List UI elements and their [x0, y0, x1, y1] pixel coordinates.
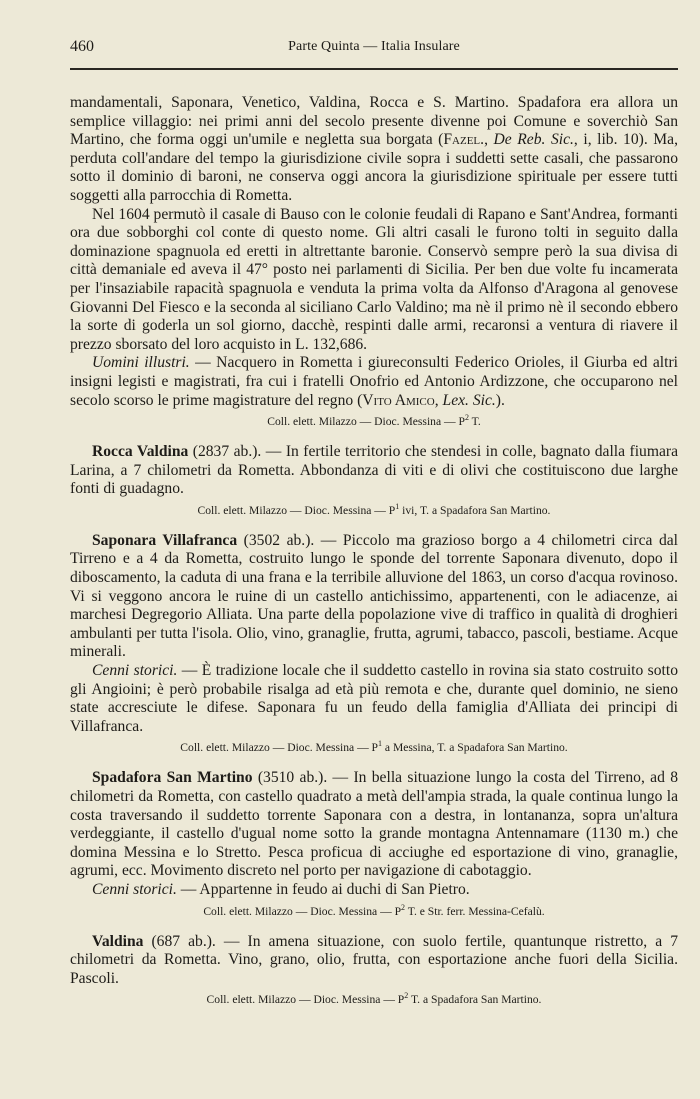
body-text: mandamentali, Saponara, Venetico, Valdin… — [70, 94, 678, 1007]
electoral-meta-line: Coll. elett. Milazzo — Dioc. Messina — P… — [70, 740, 678, 755]
entry-saponara-villafranca: Saponara Villafranca (3502 ab.). — Picco… — [70, 532, 678, 662]
paragraph-uomini-illustri: Uomini illustri. — Nacquero in Rometta i… — [70, 354, 678, 410]
electoral-meta-line: Coll. elett. Milazzo — Dioc. Messina — P… — [70, 904, 678, 919]
electoral-meta-line: Coll. elett. Milazzo — Dioc. Messina — P… — [70, 503, 678, 518]
citation-work: De Reb. Sic. — [494, 131, 574, 148]
text: Coll. elett. Milazzo — Dioc. Messina — P — [198, 504, 396, 517]
text: , — [484, 131, 493, 148]
text: — Appartenne in feudo ai duchi di San Pi… — [177, 881, 470, 898]
text: ). — [496, 392, 505, 409]
entry-spadafora-san-martino: Spadafora San Martino (3510 ab.). — In b… — [70, 769, 678, 881]
entry-name: Spadafora San Martino — [92, 769, 253, 786]
section-label: Cenni storici. — [92, 881, 177, 898]
text: Coll. elett. Milazzo — Dioc. Messina — P — [180, 741, 378, 754]
citation-author: Fazel. — [443, 131, 484, 148]
running-head: 460 Parte Quinta — Italia Insulare — [70, 38, 678, 60]
entry-rocca-valdina: Rocca Valdina (2837 ab.). — In fertile t… — [70, 443, 678, 499]
entry-valdina: Valdina (687 ab.). — In amena situazione… — [70, 933, 678, 989]
text: T. — [469, 415, 481, 428]
entry-name: Rocca Valdina — [92, 443, 188, 460]
text: Coll. elett. Milazzo — Dioc. Messina — P — [207, 993, 405, 1006]
section-label: Cenni storici. — [92, 662, 177, 679]
section-label: Uomini illustri. — [92, 354, 190, 371]
citation-work: Lex. Sic. — [443, 392, 496, 409]
text: (3502 ab.). — Piccolo ma grazioso borgo … — [70, 532, 678, 661]
text: ivi, T. a Spadafora San Martino. — [399, 504, 550, 517]
paragraph-cenni-storici: Cenni storici. — È tradizione locale che… — [70, 662, 678, 736]
paragraph-rometta-continued: mandamentali, Saponara, Venetico, Valdin… — [70, 94, 678, 206]
text: T. a Spadafora San Martino. — [408, 993, 541, 1006]
entry-name: Saponara Villafranca — [92, 532, 237, 549]
text: T. e Str. ferr. Messina-Cefalù. — [405, 905, 545, 918]
electoral-meta-line: Coll. elett. Milazzo — Dioc. Messina — P… — [70, 414, 678, 429]
paragraph-rometta-history: Nel 1604 permutò il casale di Bauso con … — [70, 206, 678, 355]
text: Coll. elett. Milazzo — Dioc. Messina — P — [203, 905, 401, 918]
book-page: 460 Parte Quinta — Italia Insulare manda… — [70, 38, 678, 1007]
paragraph-cenni-storici: Cenni storici. — Appartenne in feudo ai … — [70, 881, 678, 900]
citation-author: Vito Amico — [362, 392, 434, 409]
text: Coll. elett. Milazzo — Dioc. Messina — P — [267, 415, 465, 428]
header-rule — [70, 68, 678, 70]
text: , — [435, 392, 443, 409]
electoral-meta-line: Coll. elett. Milazzo — Dioc. Messina — P… — [70, 992, 678, 1007]
running-head-title: Parte Quinta — Italia Insulare — [70, 39, 678, 55]
entry-name: Valdina — [92, 933, 143, 950]
text: (687 ab.). — In amena situazione, con su… — [70, 933, 678, 987]
text: a Messina, T. a Spadafora San Martino. — [382, 741, 568, 754]
